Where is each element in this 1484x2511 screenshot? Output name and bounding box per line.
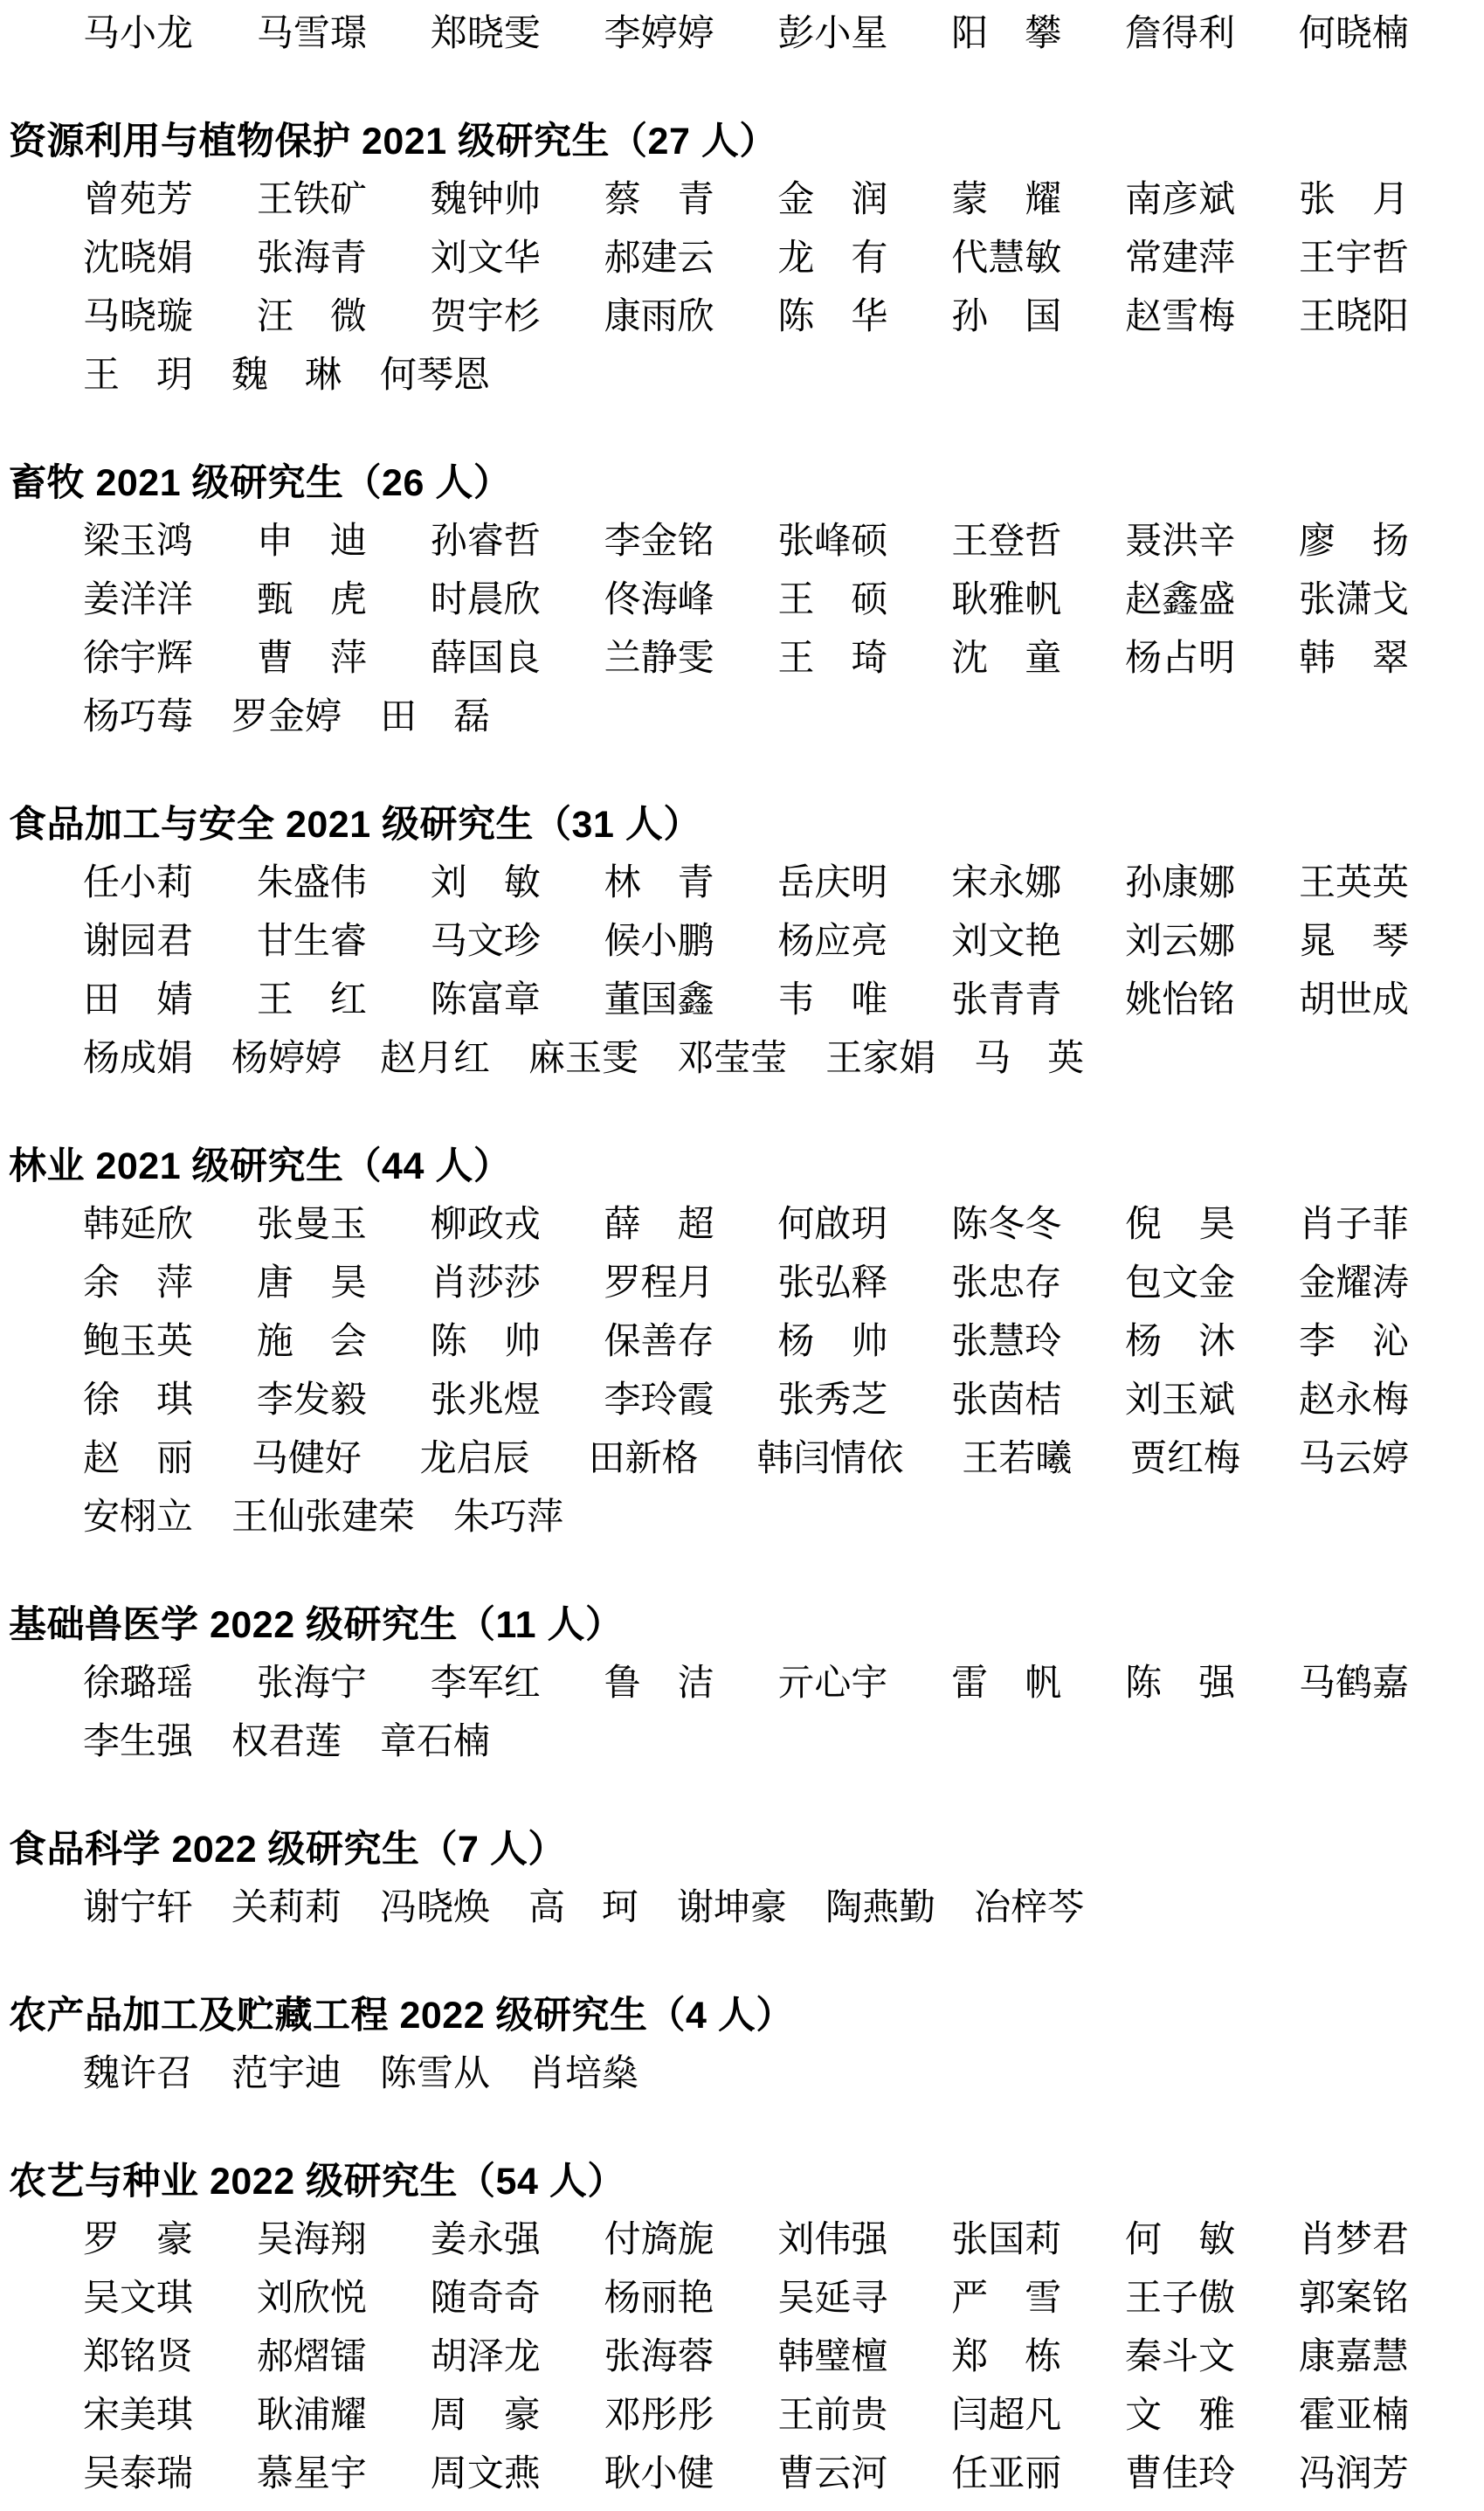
- student-name: 代慧敏: [951, 230, 1061, 288]
- student-name: 陈强: [1125, 1655, 1235, 1713]
- student-name: 刘文华: [431, 230, 541, 288]
- name-row: 姜洋洋甄虎时晨欣佟海峰王硕耿雅帆赵鑫盛张潇戈: [83, 571, 1409, 630]
- student-name: 严雪: [951, 2270, 1061, 2328]
- student-name: 关莉莉: [231, 1879, 342, 1938]
- name-character: 徐: [83, 1372, 120, 1430]
- student-name: 鲍玉英: [83, 1313, 193, 1372]
- name-character: 会: [330, 1313, 367, 1372]
- name-character: 雅: [1198, 2387, 1235, 2445]
- student-name: 耿浦耀: [257, 2387, 367, 2445]
- name-row: 吴泰瑞慕星宇周文燕耿小健曹云河任亚丽曹佳玲冯润芳: [83, 2445, 1409, 2504]
- student-name: 范宇迪: [231, 2045, 342, 2104]
- name-character: 林: [604, 854, 641, 913]
- student-name: 文雅: [1125, 2387, 1235, 2445]
- student-name: 沈晓娟: [83, 230, 193, 288]
- student-name: 张青青: [951, 972, 1061, 1030]
- student-name: 王玥: [83, 347, 193, 405]
- student-name: 王家娟: [825, 1030, 935, 1089]
- student-name: 张曼玉: [257, 1196, 367, 1255]
- student-name: 秦斗文: [1125, 2328, 1235, 2387]
- student-name: 晁琴: [1299, 913, 1409, 972]
- student-name: 吴文琪: [83, 2270, 193, 2328]
- student-name: 金润: [777, 171, 887, 230]
- student-name: 张潇戈: [1299, 571, 1409, 630]
- student-name: 冯润芳: [1299, 2445, 1409, 2504]
- name-character: 迪: [330, 513, 367, 571]
- name-character: 国: [1025, 288, 1061, 347]
- name-character: 萍: [156, 1255, 193, 1313]
- student-name: 田磊: [380, 688, 490, 747]
- student-name: 权君莲: [231, 1713, 342, 1772]
- student-name: 蒙耀: [951, 171, 1061, 230]
- student-name: 林青: [604, 854, 714, 913]
- name-character: 韦: [777, 972, 814, 1030]
- student-name: 徐璐瑶: [83, 1655, 193, 1713]
- student-name: 魏钟帅: [431, 171, 541, 230]
- name-row: 马小龙马雪璟郑晓雯李婷婷彭小星阳攀詹得利何晓楠: [83, 5, 1409, 64]
- name-row: 马晓璇汪微贺宇杉康雨欣陈华孙国赵雪梅王晓阳: [83, 288, 1409, 347]
- student-name: 李玲霞: [604, 1372, 714, 1430]
- student-name: 贾红梅: [1130, 1430, 1240, 1489]
- student-name: 廖扬: [1299, 513, 1409, 571]
- student-name: 柳政戎: [431, 1196, 541, 1255]
- roster-section: 畜牧 2021 级研究生（26 人）梁玉鸿申迪孙睿哲李金铭张峰硕王登哲聂洪辛廖扬…: [0, 454, 1484, 747]
- student-name: 曹佳玲: [1125, 2445, 1235, 2504]
- name-character: 扬: [1372, 513, 1409, 571]
- name-character: 沁: [1372, 1313, 1409, 1372]
- name-character: 甄: [257, 571, 293, 630]
- student-name: 张峰硕: [777, 513, 887, 571]
- student-name: 姜洋洋: [83, 571, 193, 630]
- name-character: 玥: [156, 347, 193, 405]
- student-name: 刘玉斌: [1125, 1372, 1235, 1430]
- name-row: 郑铭贤郝熠镭胡泽龙张海蓉韩璧檀郑栋秦斗文康嘉慧: [83, 2328, 1409, 2387]
- name-character: 刘: [431, 854, 467, 913]
- name-row: 魏许召范宇迪陈雪从肖培燊: [83, 2045, 1409, 2104]
- student-name: 候小鹏: [604, 913, 714, 972]
- name-character: 施: [257, 1313, 293, 1372]
- student-name: 慕星宇: [257, 2445, 367, 2504]
- student-name: 王铁矿: [257, 171, 367, 230]
- student-name: 鲁洁: [604, 1655, 714, 1713]
- section-title: 农艺与种业 2022 级研究生（54 人）: [0, 2153, 1484, 2211]
- student-name: 王晓阳: [1299, 288, 1409, 347]
- student-name: 杨应亮: [777, 913, 887, 972]
- name-row: 沈晓娟张海青刘文华郝建云龙有代慧敏常建萍王宇哲: [83, 230, 1409, 288]
- student-name: 肖莎莎: [431, 1255, 541, 1313]
- student-name: 保善存: [604, 1313, 714, 1372]
- name-character: 珂: [602, 1879, 638, 1938]
- student-name: 时晨欣: [431, 571, 541, 630]
- name-character: 陈: [1125, 1655, 1162, 1713]
- name-character: 王: [83, 347, 120, 405]
- name-character: 英: [1047, 1030, 1084, 1089]
- student-name: 倪昊: [1125, 1196, 1235, 1255]
- student-name: 甄虎: [257, 571, 367, 630]
- name-character: 强: [1198, 1655, 1235, 1713]
- student-name: 陈富章: [431, 972, 541, 1030]
- name-character: 翠: [1372, 630, 1409, 688]
- student-name: 罗豪: [83, 2211, 193, 2270]
- section-title: 畜牧 2021 级研究生（26 人）: [0, 454, 1484, 513]
- student-name: 龙有: [777, 230, 887, 288]
- name-character: 萍: [330, 630, 367, 688]
- name-character: 昊: [1198, 1196, 1235, 1255]
- student-name: 魏许召: [83, 2045, 193, 2104]
- student-name: 佟海峰: [604, 571, 714, 630]
- student-name: 马小龙: [83, 5, 193, 64]
- student-name: 邓彤彤: [604, 2387, 714, 2445]
- student-name: 冯晓焕: [380, 1879, 490, 1938]
- student-name: 沈童: [951, 630, 1061, 688]
- name-character: 薛: [604, 1196, 641, 1255]
- student-name: 陈雪从: [380, 2045, 490, 2104]
- student-name: 吴海翔: [257, 2211, 367, 2270]
- student-name: 杨帅: [777, 1313, 887, 1372]
- name-character: 赵: [83, 1430, 120, 1489]
- name-character: 磊: [453, 688, 490, 747]
- student-name: 赵雪梅: [1125, 288, 1235, 347]
- student-name: 马健好: [252, 1430, 362, 1489]
- student-name: 付旖旎: [604, 2211, 714, 2270]
- student-name: 何啟玥: [777, 1196, 887, 1255]
- student-name: 康雨欣: [604, 288, 714, 347]
- name-character: 敏: [1198, 2211, 1235, 2270]
- name-character: 雷: [951, 1655, 988, 1713]
- student-name: 汪微: [257, 288, 367, 347]
- name-character: 硕: [851, 571, 887, 630]
- student-name: 谢坤豪: [677, 1879, 787, 1938]
- roster-section: 资源利用与植物保护 2021 级研究生（27 人）曾苑芳王铁矿魏钟帅蔡青金润蒙耀…: [0, 113, 1484, 405]
- name-character: 豪: [504, 2387, 541, 2445]
- name-row: 曾苑芳王铁矿魏钟帅蔡青金润蒙耀南彦斌张月: [83, 171, 1409, 230]
- student-name: 耿雅帆: [951, 571, 1061, 630]
- name-row: 赵丽马健好龙启辰田新格韩闫情依王若曦贾红梅马云婷: [83, 1430, 1409, 1489]
- student-name: 刘文艳: [951, 913, 1061, 972]
- student-name: 杨丽艳: [604, 2270, 714, 2328]
- student-name: 南彦斌: [1125, 171, 1235, 230]
- document-page: 马小龙马雪璟郑晓雯李婷婷彭小星阳攀詹得利何晓楠资源利用与植物保护 2021 级研…: [0, 0, 1484, 2511]
- student-name: 胡泽龙: [431, 2328, 541, 2387]
- student-name: 宋美琪: [83, 2387, 193, 2445]
- student-name: 田新格: [589, 1430, 699, 1489]
- name-character: 阳: [951, 5, 988, 64]
- name-character: 罗: [83, 2211, 120, 2270]
- name-character: 孙: [951, 288, 988, 347]
- student-name: 安栩立: [83, 1489, 193, 1547]
- name-character: 杨: [1125, 1313, 1162, 1372]
- student-name: 徐琪: [83, 1372, 193, 1430]
- name-character: 帅: [504, 1313, 541, 1372]
- name-character: 鲁: [604, 1655, 641, 1713]
- student-name: 马晓璇: [83, 288, 193, 347]
- student-name: 王若曦: [962, 1430, 1072, 1489]
- roster-section: 农艺与种业 2022 级研究生（54 人）罗豪吴海翔姜永强付旖旎刘伟强张国莉何敏…: [0, 2153, 1484, 2504]
- name-character: 琪: [156, 1372, 193, 1430]
- name-character: 丽: [156, 1430, 193, 1489]
- name-row: 徐琪李发毅张兆煜李玲霞张秀芝张茵桔刘玉斌赵永梅: [83, 1372, 1409, 1430]
- student-name: 肖子菲: [1299, 1196, 1409, 1255]
- student-name: 王子傲: [1125, 2270, 1235, 2328]
- student-name: 兰静雯: [604, 630, 714, 688]
- student-name: 刘敏: [431, 854, 541, 913]
- name-character: 李: [1299, 1313, 1336, 1372]
- student-name: 郝建云: [604, 230, 714, 288]
- name-character: 攀: [1025, 5, 1061, 64]
- student-name: 孙国: [951, 288, 1061, 347]
- name-row: 梁玉鸿申迪孙睿哲李金铭张峰硕王登哲聂洪辛廖扬: [83, 513, 1409, 571]
- student-name: 郑铭贤: [83, 2328, 193, 2387]
- student-name: 郭案铭: [1299, 2270, 1409, 2328]
- student-name: 雷帆: [951, 1655, 1061, 1713]
- student-name: 阳攀: [951, 5, 1061, 64]
- name-character: 昊: [330, 1255, 367, 1313]
- student-name: 吴延寻: [777, 2270, 887, 2328]
- name-character: 微: [330, 288, 367, 347]
- student-name: 常建萍: [1125, 230, 1235, 288]
- student-name: 曹云河: [777, 2445, 887, 2504]
- student-name: 孙睿哲: [431, 513, 541, 571]
- student-name: 何敏: [1125, 2211, 1235, 2270]
- name-character: 琦: [851, 630, 887, 688]
- student-name: 张月: [1299, 171, 1409, 230]
- student-name: 董国鑫: [604, 972, 714, 1030]
- name-character: 金: [777, 171, 814, 230]
- student-name: 张海宁: [257, 1655, 367, 1713]
- student-name: 张秀芝: [777, 1372, 887, 1430]
- student-name: 肖培燊: [528, 2045, 638, 2104]
- name-row: 罗豪吴海翔姜永强付旖旎刘伟强张国莉何敏肖梦君: [83, 2211, 1409, 2270]
- name-character: 王: [777, 630, 814, 688]
- student-name: 赵鑫盛: [1125, 571, 1235, 630]
- student-name: 王前贵: [777, 2387, 887, 2445]
- name-row: 李生强权君莲章石楠: [83, 1713, 1409, 1772]
- name-row: 徐宇辉曹萍薛国良兰静雯王琦沈童杨占明韩翠: [83, 630, 1409, 688]
- roster-section: 食品加工与安全 2021 级研究生（31 人）任小莉朱盛伟刘敏林青岳庆明宋永娜孙…: [0, 796, 1484, 1089]
- student-name: 谢园君: [83, 913, 193, 972]
- name-character: 杨: [777, 1313, 814, 1372]
- student-name: 吴泰瑞: [83, 2445, 193, 2504]
- name-character: 韩: [1299, 630, 1336, 688]
- student-name: 刘欣悦: [257, 2270, 367, 2328]
- student-name: 余萍: [83, 1255, 193, 1313]
- student-name: 韩闫情依: [756, 1430, 903, 1489]
- student-name: 郑栋: [951, 2328, 1061, 2387]
- name-character: 润: [851, 171, 887, 230]
- student-name: 陈冬冬: [951, 1196, 1061, 1255]
- student-name: 任亚丽: [951, 2445, 1061, 2504]
- student-name: 随奇奇: [431, 2270, 541, 2328]
- student-name: 郑晓雯: [431, 5, 541, 64]
- student-name: 赵月红: [380, 1030, 490, 1089]
- student-name: 马英: [974, 1030, 1084, 1089]
- student-name: 冶梓芩: [974, 1879, 1084, 1938]
- student-name: 刘云娜: [1125, 913, 1235, 972]
- student-name: 姚怡铭: [1125, 972, 1235, 1030]
- student-name: 韩璧檀: [777, 2328, 887, 2387]
- name-character: 琳: [305, 347, 342, 405]
- student-name: 杨占明: [1125, 630, 1235, 688]
- student-name: 马雪璟: [257, 5, 367, 64]
- student-name: 韦唯: [777, 972, 887, 1030]
- student-name: 彭小星: [777, 5, 887, 64]
- name-character: 栋: [1025, 2328, 1061, 2387]
- section-title: 农产品加工及贮藏工程 2022 级研究生（4 人）: [0, 1987, 1484, 2045]
- student-name: 薛超: [604, 1196, 714, 1255]
- name-character: 倪: [1125, 1196, 1162, 1255]
- student-name: 詹得利: [1125, 5, 1235, 64]
- student-name: 马鹤嘉: [1299, 1655, 1409, 1713]
- name-row: 安栩立王仙张建荣朱巧萍: [83, 1489, 1409, 1547]
- student-name: 李军红: [431, 1655, 541, 1713]
- student-name: 朱盛伟: [257, 854, 367, 913]
- student-name: 李生强: [83, 1713, 193, 1772]
- student-name: 张海蓉: [604, 2328, 714, 2387]
- name-character: 华: [851, 288, 887, 347]
- section-title: 资源利用与植物保护 2021 级研究生（27 人）: [0, 113, 1484, 171]
- roster-section: 基础兽医学 2022 级研究生（11 人）徐璐瑶张海宁李军红鲁洁亓心宇雷帆陈强马…: [0, 1596, 1484, 1772]
- student-name: 王硕: [777, 571, 887, 630]
- student-name: 刘伟强: [777, 2211, 887, 2270]
- roster-section: 食品科学 2022 级研究生（7 人）谢宁轩关莉莉冯晓焕高珂谢坤豪陶燕勤冶梓芩: [0, 1821, 1484, 1938]
- student-name: 田婧: [83, 972, 193, 1030]
- student-name: 杨婷婷: [231, 1030, 342, 1089]
- student-name: 康嘉慧: [1299, 2328, 1409, 2387]
- name-character: 沐: [1198, 1313, 1235, 1372]
- student-name: 金耀涛: [1299, 1255, 1409, 1313]
- student-name: 张兆煜: [431, 1372, 541, 1430]
- name-character: 田: [380, 688, 417, 747]
- student-name: 曾苑芳: [83, 171, 193, 230]
- name-character: 何: [1125, 2211, 1162, 2270]
- name-row: 吴文琪刘欣悦随奇奇杨丽艳吴延寻严雪王子傲郭案铭: [83, 2270, 1409, 2328]
- name-row: 杨成娟杨婷婷赵月红麻玉雯邓莹莹王家娟马英: [83, 1030, 1409, 1089]
- student-name: 马云婷: [1299, 1430, 1409, 1489]
- name-character: 敏: [504, 854, 541, 913]
- student-name: 闫超凡: [951, 2387, 1061, 2445]
- student-name: 魏琳: [231, 347, 342, 405]
- student-name: 蔡青: [604, 171, 714, 230]
- student-name: 王仙张建荣: [231, 1489, 415, 1547]
- student-name: 李金铭: [604, 513, 714, 571]
- student-name: 耿小健: [604, 2445, 714, 2504]
- name-row: 徐璐瑶张海宁李军红鲁洁亓心宇雷帆陈强马鹤嘉: [83, 1655, 1409, 1713]
- name-row: 韩延欣张曼玉柳政戎薛超何啟玥陈冬冬倪昊肖子菲: [83, 1196, 1409, 1255]
- name-row: 王玥魏琳何琴恩: [83, 347, 1409, 405]
- student-name: 王琦: [777, 630, 887, 688]
- student-name: 罗金婷: [231, 688, 342, 747]
- student-name: 曹萍: [257, 630, 367, 688]
- student-name: 麻玉雯: [528, 1030, 638, 1089]
- name-character: 月: [1372, 171, 1409, 230]
- name-character: 文: [1125, 2387, 1162, 2445]
- student-name: 韩延欣: [83, 1196, 193, 1255]
- name-character: 郑: [951, 2328, 988, 2387]
- name-character: 马: [974, 1030, 1011, 1089]
- student-name: 施会: [257, 1313, 367, 1372]
- student-name: 高珂: [528, 1879, 638, 1938]
- student-name: 何琴恩: [380, 347, 490, 405]
- student-name: 梁玉鸿: [83, 513, 193, 571]
- student-name: 张忠存: [951, 1255, 1061, 1313]
- name-character: 高: [528, 1879, 565, 1938]
- student-name: 张国莉: [951, 2211, 1061, 2270]
- name-row: 余萍唐昊肖莎莎罗程月张弘释张忠存包文金金耀涛: [83, 1255, 1409, 1313]
- student-name: 何晓楠: [1299, 5, 1409, 64]
- student-name: 杨成娟: [83, 1030, 193, 1089]
- student-name: 杨沐: [1125, 1313, 1235, 1372]
- name-character: 有: [851, 230, 887, 288]
- name-character: 周: [431, 2387, 467, 2445]
- name-row: 谢宁轩关莉莉冯晓焕高珂谢坤豪陶燕勤冶梓芩: [83, 1879, 1409, 1938]
- name-character: 张: [1299, 171, 1336, 230]
- name-character: 青: [678, 854, 714, 913]
- name-row: 田婧王红陈富章董国鑫韦唯张青青姚怡铭胡世成: [83, 972, 1409, 1030]
- student-name: 贺宇杉: [431, 288, 541, 347]
- student-name: 李沁: [1299, 1313, 1409, 1372]
- name-character: 婧: [156, 972, 193, 1030]
- student-name: 龙启辰: [420, 1430, 530, 1489]
- student-name: 聂洪辛: [1125, 513, 1235, 571]
- student-name: 罗程月: [604, 1255, 714, 1313]
- name-character: 耀: [1025, 171, 1061, 230]
- student-name: 郝熠镭: [257, 2328, 367, 2387]
- name-character: 雪: [1025, 2270, 1061, 2328]
- student-name: 王登哲: [951, 513, 1061, 571]
- student-name: 任小莉: [83, 854, 193, 913]
- name-character: 唯: [851, 972, 887, 1030]
- roster-content: 马小龙马雪璟郑晓雯李婷婷彭小星阳攀詹得利何晓楠资源利用与植物保护 2021 级研…: [0, 5, 1484, 2504]
- name-character: 青: [678, 171, 714, 230]
- roster-section: 林业 2021 级研究生（44 人）韩延欣张曼玉柳政戎薛超何啟玥陈冬冬倪昊肖子菲…: [0, 1138, 1484, 1547]
- student-name: 陈帅: [431, 1313, 541, 1372]
- section-title: 食品加工与安全 2021 级研究生（31 人）: [0, 796, 1484, 854]
- name-row: 宋美琪耿浦耀周豪邓彤彤王前贵闫超凡文雅霍亚楠: [83, 2387, 1409, 2445]
- student-name: 杨巧莓: [83, 688, 193, 747]
- section-title: 食品科学 2022 级研究生（7 人）: [0, 1821, 1484, 1879]
- student-name: 胡世成: [1299, 972, 1409, 1030]
- name-character: 陈: [777, 288, 814, 347]
- student-name: 孙康娜: [1125, 854, 1235, 913]
- student-name: 赵永梅: [1299, 1372, 1409, 1430]
- name-character: 曹: [257, 630, 293, 688]
- student-name: 李婷婷: [604, 5, 714, 64]
- roster-section: 农产品加工及贮藏工程 2022 级研究生（4 人）魏许召范宇迪陈雪从肖培燊: [0, 1987, 1484, 2104]
- name-character: 豪: [156, 2211, 193, 2270]
- name-character: 王: [257, 972, 293, 1030]
- student-name: 宋永娜: [951, 854, 1061, 913]
- name-character: 晁: [1299, 913, 1336, 972]
- name-row: 谢园君甘生睿马文珍候小鹏杨应亮刘文艳刘云娜晁琴: [83, 913, 1409, 972]
- student-name: 姜永强: [431, 2211, 541, 2270]
- name-character: 帆: [1025, 1655, 1061, 1713]
- name-character: 申: [257, 513, 293, 571]
- name-character: 廖: [1299, 513, 1336, 571]
- name-character: 童: [1025, 630, 1061, 688]
- student-name: 周文燕: [431, 2445, 541, 2504]
- student-name: 张海青: [257, 230, 367, 288]
- student-name: 王英英: [1299, 854, 1409, 913]
- student-name: 朱巧萍: [453, 1489, 563, 1547]
- student-name: 肖梦君: [1299, 2211, 1409, 2270]
- name-character: 沈: [951, 630, 988, 688]
- name-character: 田: [83, 972, 120, 1030]
- name-character: 王: [777, 571, 814, 630]
- student-name: 薛国良: [431, 630, 541, 688]
- name-character: 蒙: [951, 171, 988, 230]
- student-name: 韩翠: [1299, 630, 1409, 688]
- name-character: 虎: [330, 571, 367, 630]
